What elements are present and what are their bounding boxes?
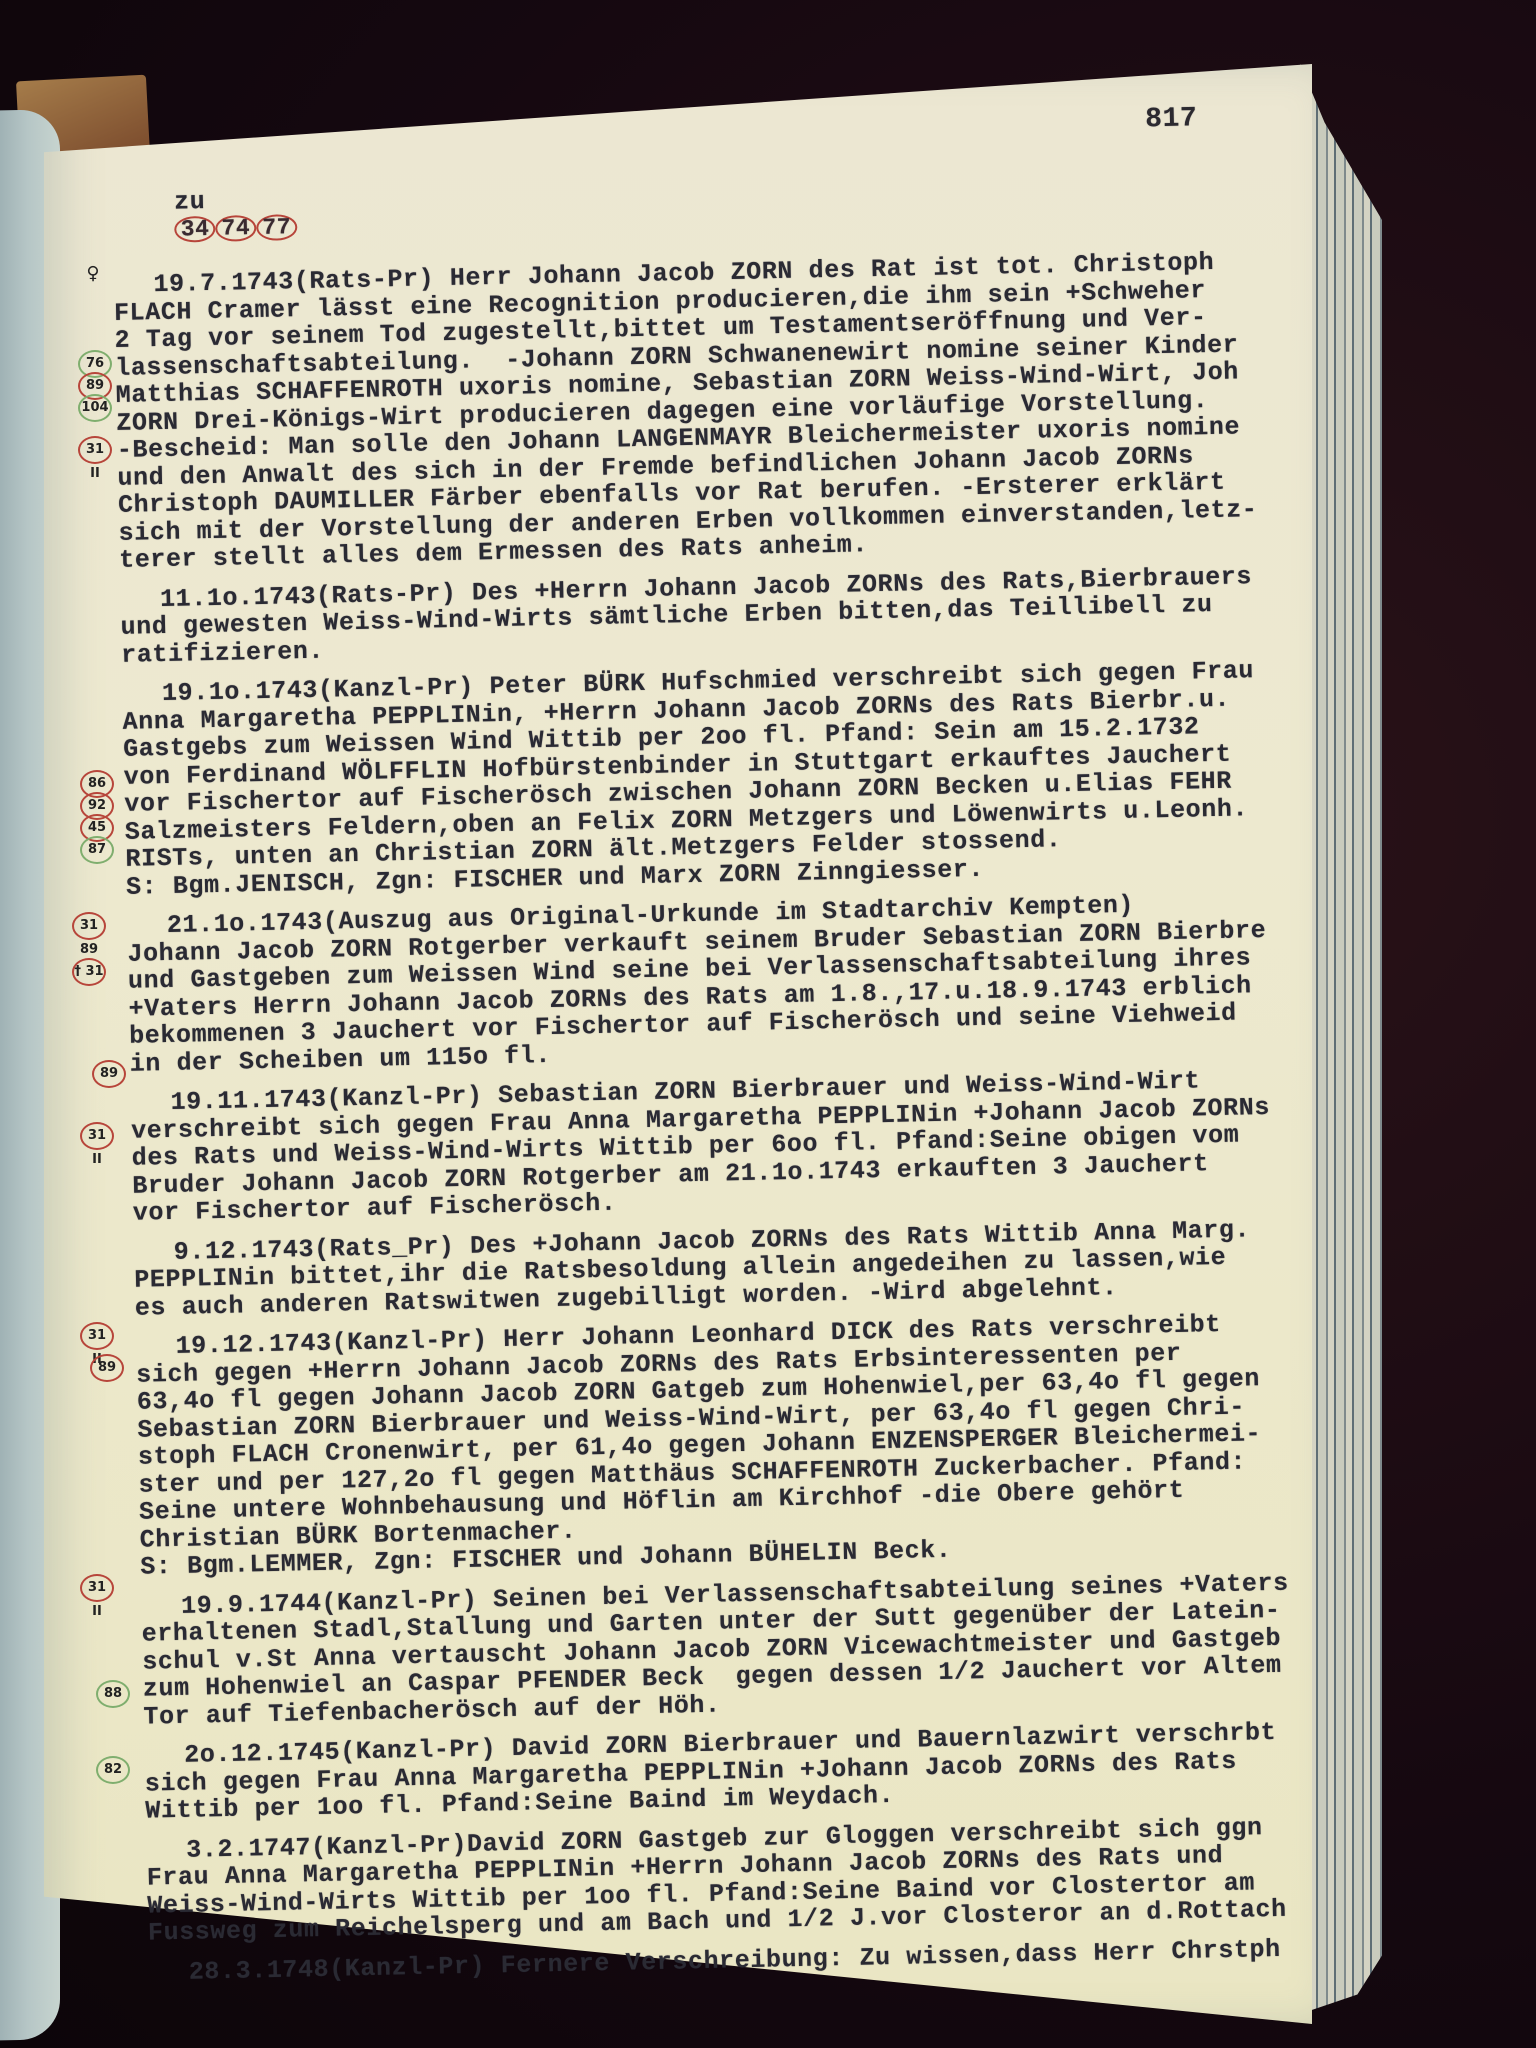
- document-entry: 19.7.1743(Rats-Pr) Herr Johann Jacob ZOR…: [113, 247, 1319, 575]
- document-entry: 3.2.1747(Kanzl-Pr)David ZORN Gastgeb zur…: [146, 1812, 1348, 1947]
- entries-list: 19.7.1743(Rats-Pr) Herr Johann Jacob ZOR…: [113, 247, 1349, 1987]
- margin-annotation: 31 89: [72, 912, 106, 940]
- reference-number: 34: [174, 216, 215, 243]
- document-entry: 19.9.1744(Kanzl-Pr) Seinen bei Verlassen…: [141, 1568, 1344, 1731]
- margin-annotation: 31 II: [80, 1322, 114, 1350]
- document-entry: 11.1o.1743(Rats-Pr) Des +Herrn Johann Ja…: [120, 561, 1321, 669]
- document-entry: 19.1o.1743(Kanzl-Pr) Peter BÜRK Hufschmi…: [122, 656, 1326, 901]
- margin-annotation: 89: [90, 1354, 124, 1382]
- document-entry: 21.1o.1743(Auszug aus Original-Urkunde i…: [127, 888, 1330, 1078]
- reference-number: 77: [256, 214, 297, 241]
- reference-number: 74: [215, 215, 256, 242]
- margin-annotation: † 31: [72, 958, 106, 986]
- margin-annotation: 87: [80, 836, 114, 864]
- margin-annotation: 31 II: [80, 1574, 114, 1602]
- margin-annotation: ♀: [78, 262, 108, 286]
- margin-annotation: 104: [78, 394, 112, 422]
- margin-annotation: 82: [96, 1756, 130, 1784]
- document-entry: 19.12.1743(Kanzl-Pr) Herr Johann Leonhar…: [135, 1309, 1340, 1582]
- left-page-ghost-text: [0, 140, 46, 2020]
- page-content: 817 zu 347477 19.7.1743(Rats-Pr) Herr Jo…: [110, 95, 1349, 1999]
- document-entry: 2o.12.1745(Kanzl-Pr) David ZORN Bierbrau…: [144, 1718, 1345, 1826]
- page-number: 817: [1145, 105, 1198, 134]
- margin-annotation: 31 II: [80, 1122, 114, 1150]
- document-entry: 9.12.1743(Rats_Pr) Des +Johann Jacob ZOR…: [133, 1214, 1334, 1322]
- margin-annotation: 31 II: [78, 436, 112, 464]
- reference-prefix: zu: [174, 187, 206, 217]
- margin-annotation: 89: [92, 1060, 126, 1088]
- document-entry: 19.11.1743(Kanzl-Pr) Sebastian ZORN Bier…: [130, 1065, 1333, 1228]
- margin-annotation: 88: [96, 1680, 130, 1708]
